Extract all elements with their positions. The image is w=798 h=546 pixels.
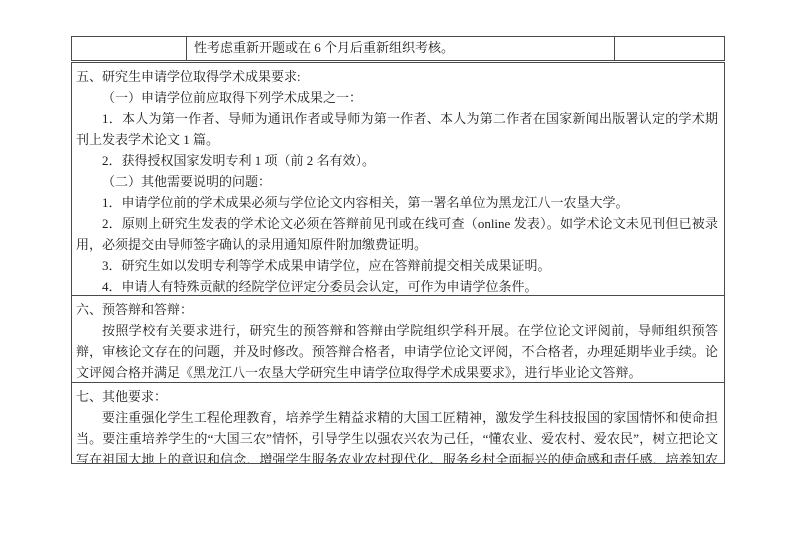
section-five-heading: 五、研究生申请学位取得学术成果要求: (76, 66, 718, 87)
empty-label-cell (72, 37, 187, 60)
paragraph: 2．原则上研究生发表的学术论文必须在答辩前见刊或在线可查（online 发表）。… (76, 213, 718, 255)
paragraph: 2．获得授权国家发明专利 1 项（前 2 名有效）。 (76, 150, 718, 171)
requirements-table: 五、研究生申请学位取得学术成果要求: （一）申请学位前应取得下列学术成果之一： … (71, 62, 725, 464)
paragraph: 3．研究生如以发明专利等学术成果申请学位，应在答辩前提交相关成果证明。 (76, 255, 718, 276)
section-seven-other-requirements: 七、其他要求： 要注重强化学生工程伦理教育，培养学生精益求精的大国工匠精神，激发… (72, 383, 724, 463)
continuation-text: 性考虑重新开题或在 6 个月后重新组织考核。 (194, 40, 454, 55)
paragraph: 1．本人为第一作者、导师为通讯作者或导师为第一作者、本人为第二作者在国家新闻出版… (76, 108, 718, 150)
paragraph: 要注重强化学生工程伦理教育，培养学生精益求精的大国工匠精神，激发学生科技报国的家… (76, 407, 718, 463)
table-fragment-row: 性考虑重新开题或在 6 个月后重新组织考核。 (71, 36, 725, 61)
paragraph: （一）申请学位前应取得下列学术成果之一： (76, 87, 718, 108)
paragraph: 按照学校有关要求进行，研究生的预答辩和答辩由学院组织学科开展。在学位论文评阅前，… (76, 320, 718, 383)
empty-side-cell (615, 37, 724, 60)
paragraph: 4．申请人有特殊贡献的经院学位评定分委员会认定，可作为申请学位条件。 (76, 276, 718, 296)
section-six-defense: 六、预答辩和答辩： 按照学校有关要求进行，研究生的预答辩和答辩由学院组织学科开展… (72, 296, 724, 383)
document-page: 性考虑重新开题或在 6 个月后重新组织考核。 五、研究生申请学位取得学术成果要求… (71, 36, 725, 464)
section-five-academic-achievements: 五、研究生申请学位取得学术成果要求: （一）申请学位前应取得下列学术成果之一： … (72, 63, 724, 296)
section-six-heading: 六、预答辩和答辩： (76, 299, 718, 320)
paragraph: （二）其他需要说明的问题： (76, 171, 718, 192)
section-seven-heading: 七、其他要求： (76, 386, 718, 407)
continuation-text-cell: 性考虑重新开题或在 6 个月后重新组织考核。 (187, 37, 615, 60)
paragraph: 1．申请学位前的学术成果必须与学位论文内容相关，第一署名单位为黑龙江八一农垦大学… (76, 192, 718, 213)
